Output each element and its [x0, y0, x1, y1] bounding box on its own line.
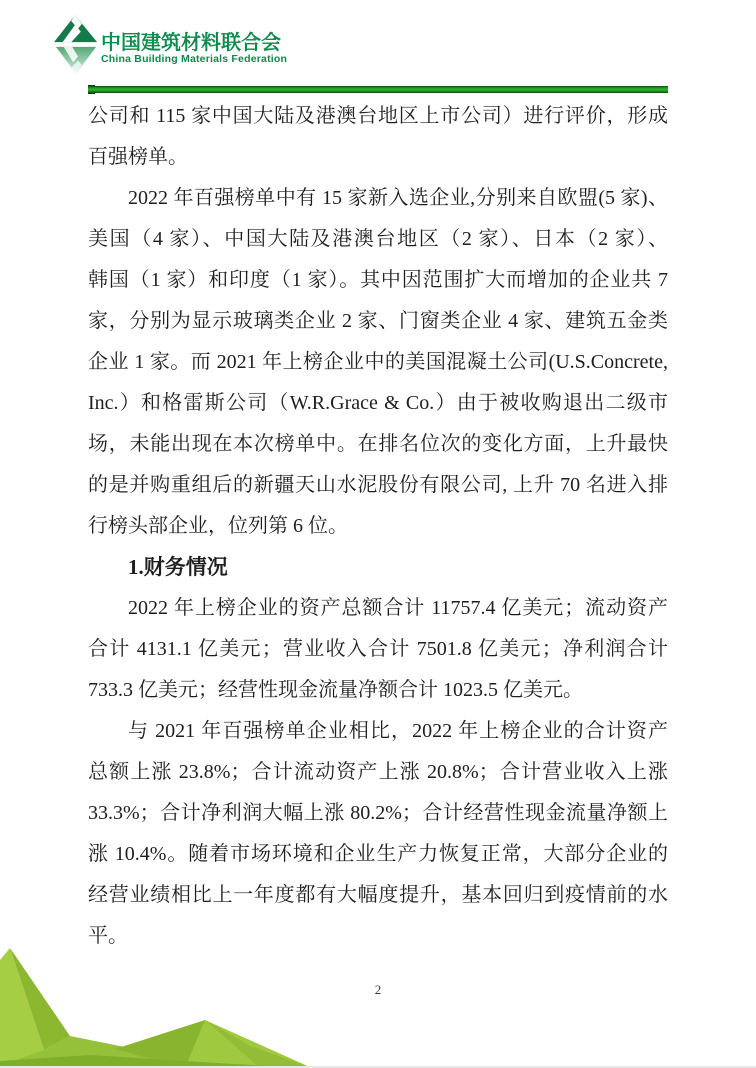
text-line: 总额上涨 23.8%；合计流动资产上涨 20.8%；合计营业收入上涨: [88, 752, 668, 793]
text-line: 33.3%；合计净利润大幅上涨 80.2%；合计经营性现金流量净额上: [88, 793, 668, 834]
text-line: 行榜头部企业，位列第 6 位。: [88, 506, 668, 547]
text-line: 场，未能出现在本次榜单中。在排名位次的变化方面，上升最快: [88, 424, 668, 465]
mountain-decoration: [0, 948, 320, 1068]
text-line: 与 2021 年百强榜单企业相比，2022 年上榜企业的合计资产: [88, 711, 668, 752]
org-name-en: China Building Materials Federation: [101, 53, 287, 65]
document-page: 中国建筑材料联合会 China Building Materials Feder…: [0, 0, 756, 1068]
page-header: 中国建筑材料联合会 China Building Materials Feder…: [0, 0, 756, 100]
mountain-mid-bright-polygon: [185, 1020, 312, 1068]
text-line: 企业 1 家。而 2021 年上榜企业中的美国混凝土公司(U.S.Concret…: [88, 342, 668, 383]
section-heading: 1.财务情况: [88, 547, 668, 588]
text-line: 经营业绩相比上一年度都有大幅度提升，基本回归到疫情前的水: [88, 875, 668, 916]
text-line: 733.3 亿美元；经营性现金流量净额合计 1023.5 亿美元。: [88, 670, 668, 711]
text-line: 的是并购重组后的新疆天山水泥股份有限公司, 上升 70 名进入排: [88, 465, 668, 506]
text-line: 合计 4131.1 亿美元；营业收入合计 7501.8 亿美元；净利润合计: [88, 629, 668, 670]
header-rule: [88, 86, 668, 93]
text-line: 2022 年上榜企业的资产总额合计 11757.4 亿美元；流动资产: [88, 588, 668, 629]
text-line: Inc.）和格雷斯公司（W.R.Grace & Co.）由于被收购退出二级市: [88, 383, 668, 424]
text-line: 公司和 115 家中国大陆及港澳台地区上市公司）进行评价，形成: [88, 96, 668, 137]
org-name-cn: 中国建筑材料联合会: [101, 26, 281, 55]
mountain-diamond-logo-icon: [54, 11, 100, 79]
text-line: 涨 10.4%。随着市场环境和企业生产力恢复正常，大部分企业的: [88, 834, 668, 875]
text-line: 百强榜单。: [88, 137, 668, 178]
text-line: 韩国（1 家）和印度（1 家）。其中因范围扩大而增加的企业共 7: [88, 260, 668, 301]
document-body: 公司和 115 家中国大陆及港澳台地区上市公司）进行评价，形成百强榜单。2022…: [88, 96, 668, 957]
text-line: 美国（4 家）、中国大陆及港澳台地区（2 家）、日本（2 家）、: [88, 219, 668, 260]
text-line: 家，分别为显示玻璃类企业 2 家、门窗类企业 4 家、建筑五金类: [88, 301, 668, 342]
text-line: 2022 年百强榜单中有 15 家新入选企业,分别来自欧盟(5 家)、: [88, 178, 668, 219]
